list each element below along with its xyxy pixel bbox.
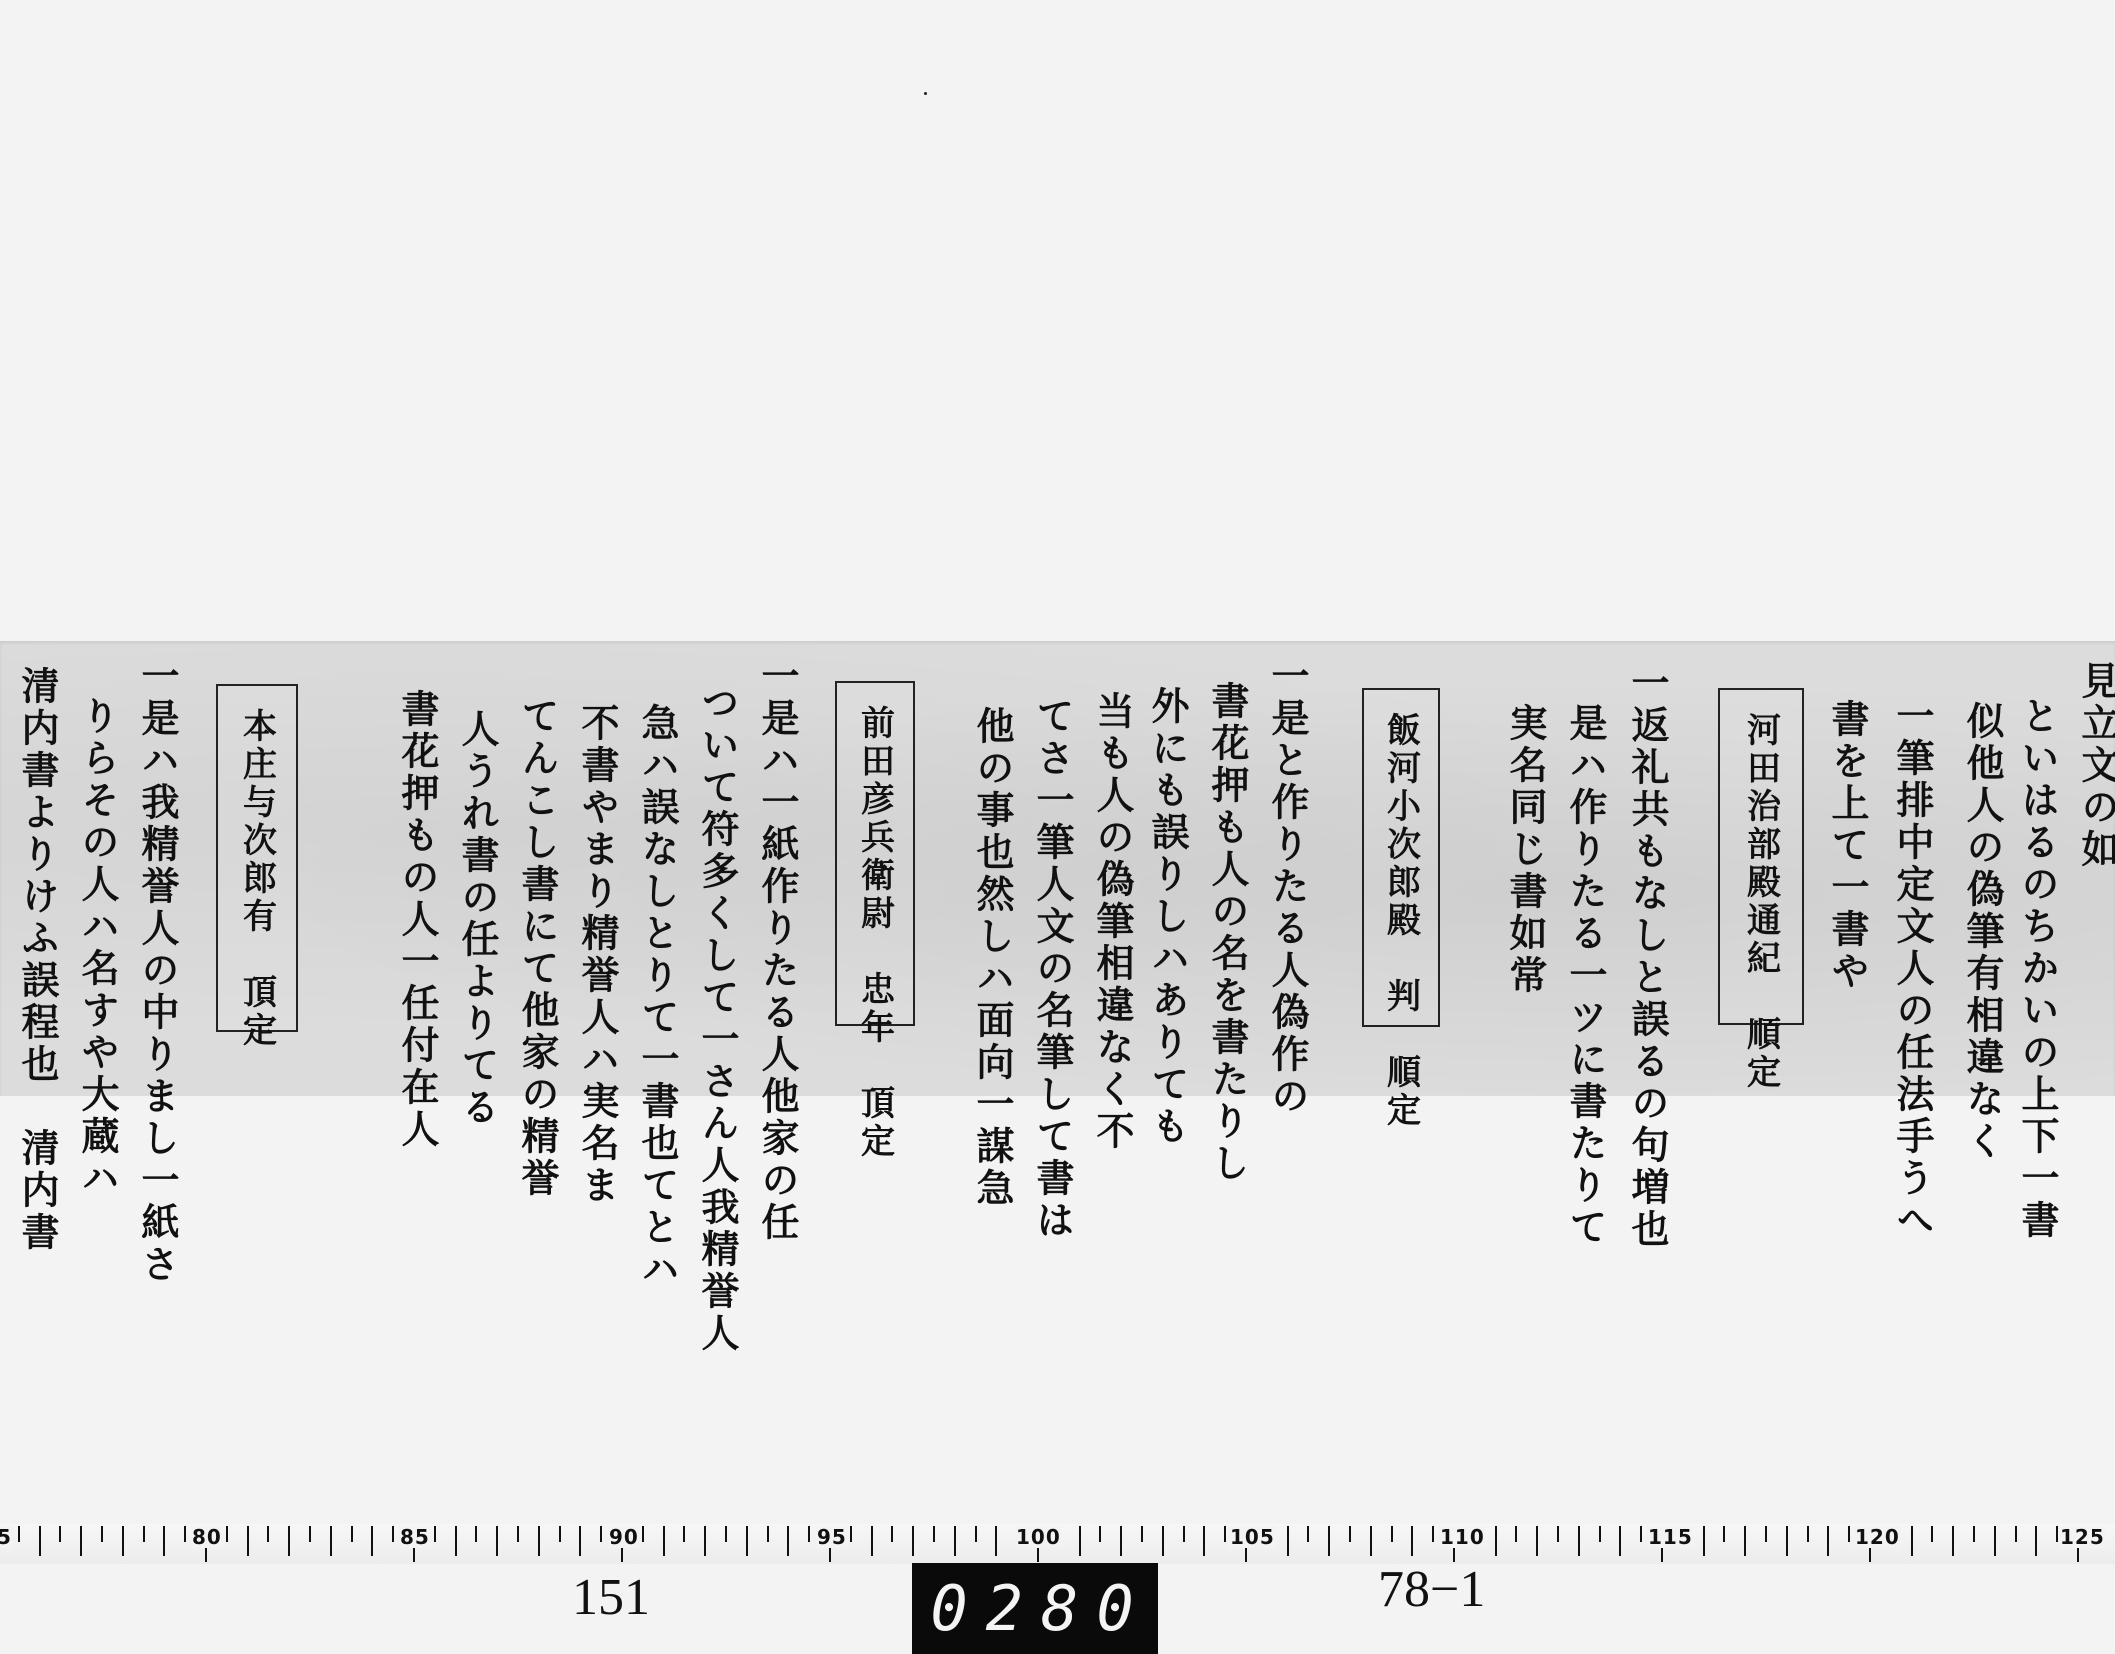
ruler-tick xyxy=(808,1526,810,1542)
ruler-tick xyxy=(871,1526,873,1556)
manuscript-column: 実名同じ書如常 xyxy=(1498,703,1553,997)
ruler-label: 115 xyxy=(1647,1526,1694,1548)
ruler-tick xyxy=(101,1526,103,1542)
manuscript-column: 急ハ誤なしとりて一書也てとハ xyxy=(630,703,685,1291)
ruler-tick xyxy=(1141,1526,1143,1542)
manuscript-column: 外にも誤りしハありても xyxy=(1140,686,1195,1148)
ruler-tick xyxy=(1349,1526,1351,1542)
ruler-tick xyxy=(1557,1526,1559,1542)
ruler-tick xyxy=(787,1526,789,1556)
signature-label-box: 本庄与次郎有 頂定 xyxy=(216,684,298,1032)
manuscript-column: てさ一筆人文の名筆して書は xyxy=(1025,696,1080,1242)
ruler-tick xyxy=(1203,1526,1205,1556)
ruler-tick xyxy=(1911,1526,1913,1556)
manuscript-column: 他の事也然しハ面向一謀急 xyxy=(965,706,1020,1210)
ruler-tick xyxy=(725,1526,727,1542)
ruler-tick xyxy=(683,1526,685,1542)
ruler-tick xyxy=(1599,1526,1601,1542)
ruler-tick xyxy=(1994,1526,1996,1556)
ruler-tick xyxy=(2035,1526,2037,1556)
frame-counter-display: 0280 xyxy=(912,1563,1158,1654)
manuscript-column: 一筆排中定文人の任法手うへ xyxy=(1885,696,1940,1242)
ruler-tick xyxy=(1952,1526,1954,1556)
ruler-label: 100 xyxy=(1015,1526,1062,1548)
ruler-tick xyxy=(1432,1526,1434,1542)
ruler-tick xyxy=(80,1526,82,1556)
ruler-tick xyxy=(1307,1526,1309,1542)
manuscript-column: ついて符多くして一さん人我精誉人 xyxy=(690,683,745,1355)
ruler-tick xyxy=(600,1526,602,1542)
manuscript-column: 似他人の偽筆有相違なく xyxy=(1955,701,2010,1163)
ruler-tick xyxy=(496,1526,498,1556)
ruler-tick xyxy=(1162,1526,1164,1556)
signature-label-text: 河田治部殿通紀 順定 xyxy=(1737,712,1786,1092)
manuscript-column: 書花押もの人一任付在人 xyxy=(390,689,445,1151)
signature-label-text: 飯河小次郎殿 判 順定 xyxy=(1377,712,1426,1130)
ruler-tick xyxy=(18,1526,20,1542)
manuscript-column: 当も人の偽筆相違なく不 xyxy=(1085,691,1140,1153)
measurement-ruler: 580859095100105110115120125 xyxy=(0,1524,2115,1564)
manuscript-column: 書を上て一書や xyxy=(1820,699,1875,993)
ruler-tick xyxy=(1827,1526,1829,1556)
ruler-tick xyxy=(267,1526,269,1542)
ruler-label: 80 xyxy=(191,1526,223,1548)
ruler-tick xyxy=(767,1526,769,1542)
ruler-tick xyxy=(1619,1526,1621,1556)
ruler-tick xyxy=(1703,1526,1705,1556)
reel-id: 78−1 xyxy=(1378,1560,1485,1619)
ruler-tick xyxy=(330,1526,332,1556)
ruler-label: 90 xyxy=(608,1526,640,1548)
ruler-tick xyxy=(1931,1526,1933,1542)
manuscript-column: 見立文の如 xyxy=(2070,661,2115,871)
ruler-tick xyxy=(1183,1526,1185,1542)
ruler-label: 85 xyxy=(399,1526,431,1548)
manuscript-column: 不書やまり精誉人ハ実名ま xyxy=(570,703,625,1207)
ruler-tick xyxy=(288,1526,290,1556)
manuscript-column: 是ハ作りたる一ツに書たりて xyxy=(1558,703,1613,1249)
ruler-label: 105 xyxy=(1229,1526,1276,1548)
ruler-tick xyxy=(39,1526,41,1556)
ruler-label: 110 xyxy=(1439,1526,1486,1548)
ruler-tick xyxy=(891,1526,893,1542)
ruler-tick xyxy=(475,1526,477,1542)
ruler-tick xyxy=(1099,1526,1101,1542)
ruler-tick xyxy=(247,1526,249,1556)
ruler-label: 95 xyxy=(816,1526,848,1548)
ruler-tick xyxy=(59,1526,61,1542)
ruler-tick xyxy=(1411,1526,1413,1556)
ruler-tick xyxy=(1120,1526,1122,1556)
ruler-tick xyxy=(1973,1526,1975,1542)
ruler-tick xyxy=(143,1526,145,1542)
ruler-tick xyxy=(434,1526,436,1542)
ruler-tick xyxy=(226,1526,228,1542)
ruler-tick xyxy=(1723,1526,1725,1542)
ruler-tick xyxy=(1640,1526,1642,1542)
ruler-tick xyxy=(517,1526,519,1542)
ruler-tick xyxy=(392,1526,394,1542)
ruler-tick xyxy=(579,1526,581,1556)
ruler-tick xyxy=(933,1526,935,1542)
manuscript-column: 一是ハ一紙作りたる人他家の任 xyxy=(750,656,805,1244)
manuscript-column: 一是ハ我精誉人の中りまし一紙さ xyxy=(130,656,185,1286)
ruler-tick xyxy=(184,1526,186,1542)
ruler-tick xyxy=(1536,1526,1538,1556)
ruler-tick xyxy=(1287,1526,1289,1556)
signature-label-box: 飯河小次郎殿 判 順定 xyxy=(1362,688,1440,1027)
ruler-tick xyxy=(704,1526,706,1556)
ruler-tick xyxy=(1765,1526,1767,1542)
ruler-tick xyxy=(2056,1526,2058,1542)
ruler-tick xyxy=(1370,1526,1372,1556)
signature-label-text: 前田彦兵衛尉 忠年 頂定 xyxy=(851,705,900,1161)
ruler-tick xyxy=(351,1526,353,1542)
signature-label-box: 前田彦兵衛尉 忠年 頂定 xyxy=(835,681,915,1026)
ruler-tick xyxy=(538,1526,540,1556)
ruler-tick xyxy=(2015,1526,2017,1542)
manuscript-column: りらその人ハ名すや大蔵ハ xyxy=(70,696,125,1200)
ruler-tick xyxy=(1224,1526,1226,1542)
ruler-tick xyxy=(1495,1526,1497,1556)
ruler-tick xyxy=(1391,1526,1393,1542)
ruler-tick xyxy=(995,1526,997,1556)
dust-speck xyxy=(924,92,927,95)
ruler-tick xyxy=(746,1526,748,1556)
signature-label-box: 河田治部殿通紀 順定 xyxy=(1718,688,1804,1025)
ruler-label: 5 xyxy=(0,1526,13,1548)
frame-number: 151 xyxy=(572,1568,650,1627)
manuscript-column: といはるのちかいの上下一書 xyxy=(2010,696,2065,1242)
ruler-tick xyxy=(954,1526,956,1556)
ruler-tick xyxy=(850,1526,852,1542)
ruler-tick xyxy=(559,1526,561,1542)
ruler-tick xyxy=(1079,1526,1081,1556)
manuscript-paper-strip: 見立文の如といはるのちかいの上下一書似他人の偽筆有相違なく一筆排中定文人の任法手… xyxy=(0,641,2115,1096)
ruler-tick xyxy=(1786,1526,1788,1556)
ruler-tick xyxy=(1515,1526,1517,1542)
ruler-tick xyxy=(975,1526,977,1542)
ruler-tick xyxy=(1807,1526,1809,1542)
manuscript-column: 人うれ書の任よりてる xyxy=(450,709,505,1129)
manuscript-column: 清内書よりけふ誤程也 清内書 xyxy=(10,666,65,1254)
ruler-tick xyxy=(642,1526,644,1542)
ruler-tick xyxy=(663,1526,665,1556)
manuscript-column: てんこし書にて他家の精誉 xyxy=(510,696,565,1200)
ruler-label: 125 xyxy=(2059,1526,2106,1548)
ruler-tick xyxy=(1328,1526,1330,1556)
manuscript-column: 一返礼共もなしと誤るの句増也 xyxy=(1620,663,1675,1251)
signature-label-text: 本庄与次郎有 頂定 xyxy=(233,708,282,1050)
ruler-tick xyxy=(371,1526,373,1556)
ruler-tick xyxy=(1578,1526,1580,1556)
ruler-tick xyxy=(455,1526,457,1556)
ruler-tick xyxy=(163,1526,165,1556)
manuscript-column: 書花押も人の名を書たりし xyxy=(1200,681,1255,1185)
ruler-tick xyxy=(1744,1526,1746,1556)
manuscript-column: 一是と作りたる人偽作の xyxy=(1260,656,1315,1118)
ruler-tick xyxy=(309,1526,311,1542)
ruler-tick xyxy=(1848,1526,1850,1542)
ruler-tick xyxy=(122,1526,124,1556)
ruler-tick xyxy=(912,1526,914,1556)
ruler-label: 120 xyxy=(1854,1526,1901,1548)
